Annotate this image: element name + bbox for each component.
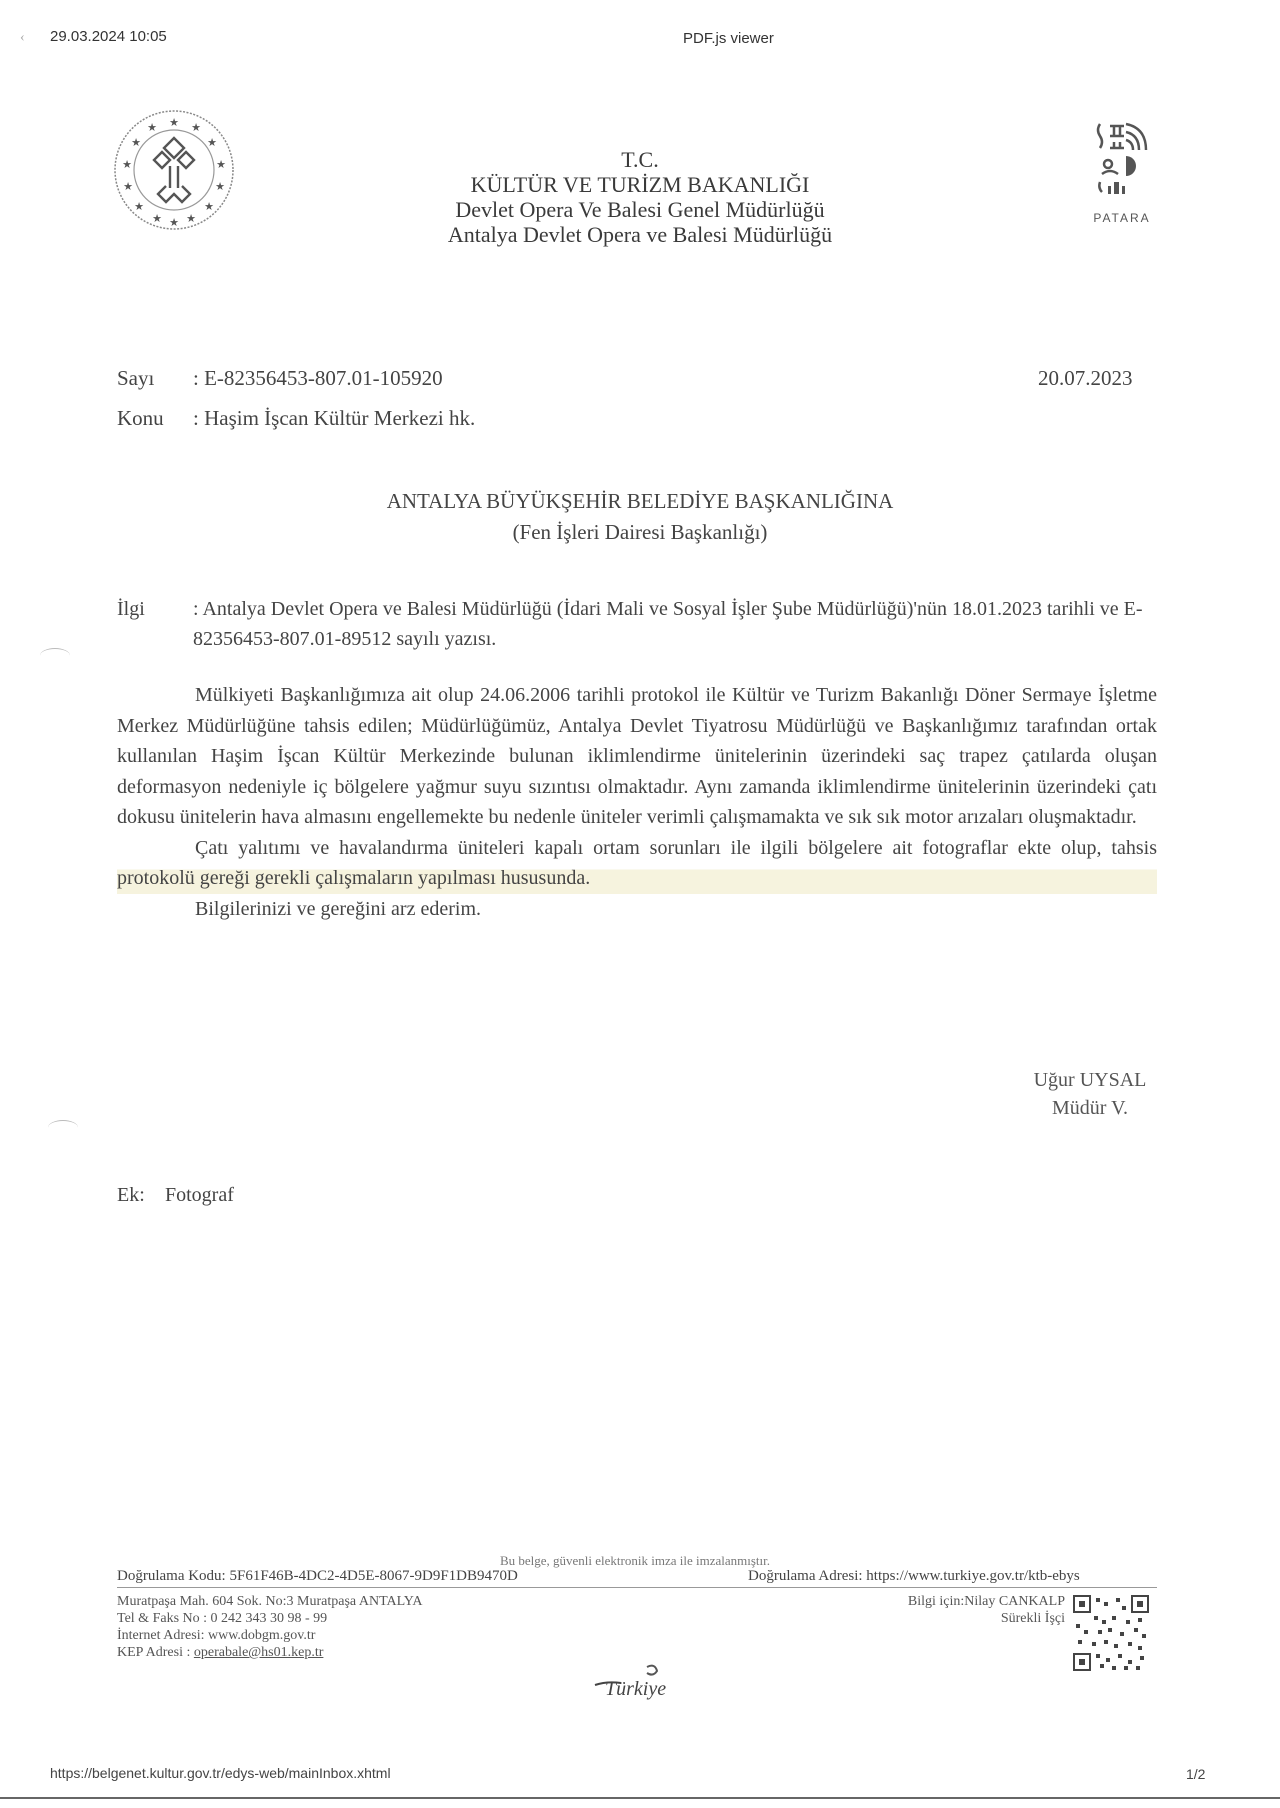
letterhead-directorate: Antalya Devlet Opera ve Balesi Müdürlüğü xyxy=(380,222,900,247)
postal-address: Muratpaşa Mah. 604 Sok. No:3 Muratpaşa A… xyxy=(117,1593,422,1610)
svg-text:Türkiye: Türkiye xyxy=(605,1678,666,1700)
document-date: 20.07.2023 xyxy=(1038,366,1133,391)
ministry-seal-icon: ★★★ ★★ ★★ ★★ ★★ ★★★ xyxy=(112,108,236,232)
svg-text:★: ★ xyxy=(123,180,133,193)
punch-mark xyxy=(40,648,70,663)
turkiye-logo-icon: Türkiye xyxy=(585,1663,685,1703)
verification-code: Doğrulama Kodu: 5F61F46B-4DC2-4D5E-8067-… xyxy=(117,1568,518,1585)
letter-body: Mülkiyeti Başkanlığımıza ait olup 24.06.… xyxy=(117,680,1157,924)
letterhead-tc: T.C. xyxy=(380,147,900,172)
info-contact-block: Bilgi için:Nilay CANKALP Sürekli İşçi xyxy=(800,1593,1065,1627)
recipient-name: ANTALYA BÜYÜKŞEHİR BELEDİYE BAŞKANLIĞINA xyxy=(300,486,980,517)
ilgi-label: İlgi xyxy=(117,594,193,624)
print-page-number: 1/2 xyxy=(1186,1766,1205,1782)
info-contact: Bilgi için:Nilay CANKALP xyxy=(800,1593,1065,1610)
print-url: https://belgenet.kultur.gov.tr/edys-web/… xyxy=(50,1765,391,1781)
kep-address: KEP Adresi : operabale@hs01.kep.tr xyxy=(117,1644,422,1661)
svg-text:★: ★ xyxy=(134,200,144,213)
internet-address: İnternet Adresi: www.dobgm.gov.tr xyxy=(117,1627,422,1644)
document-subject: Konu: Haşim İşcan Kültür Merkezi hk. xyxy=(117,406,475,431)
sayi-label: Sayı xyxy=(117,366,193,391)
sayi-value: : E-82356453-807.01-105920 xyxy=(193,366,443,390)
info-role: Sürekli İşçi xyxy=(800,1610,1065,1627)
verification-address[interactable]: Doğrulama Adresi: https://www.turkiye.go… xyxy=(748,1568,1080,1585)
internet-label: İnternet Adresi: xyxy=(117,1628,208,1643)
qr-code-icon xyxy=(1072,1594,1150,1672)
svg-text:★: ★ xyxy=(191,121,201,134)
letterhead-directorate-general: Devlet Opera Ve Balesi Genel Müdürlüğü xyxy=(380,197,900,222)
phone-fax: Tel & Faks No : 0 242 343 30 98 - 99 xyxy=(117,1610,422,1627)
svg-text:★: ★ xyxy=(152,212,162,225)
svg-text:★: ★ xyxy=(169,116,179,129)
e-signature-note: Bu belge, güvenli elektronik imza ile im… xyxy=(435,1553,835,1569)
reference: İlgi: Antalya Devlet Opera ve Balesi Müd… xyxy=(117,594,1177,654)
letterhead: T.C. KÜLTÜR VE TURİZM BAKANLIĞI Devlet O… xyxy=(380,147,900,247)
svg-text:★: ★ xyxy=(204,200,214,213)
body-paragraph-2: Çatı yalıtımı ve havalandırma üniteleri … xyxy=(117,833,1157,894)
konu-label: Konu xyxy=(117,406,193,431)
svg-text:★: ★ xyxy=(216,158,226,171)
ilgi-text: : Antalya Devlet Opera ve Balesi Müdürlü… xyxy=(193,594,1153,654)
svg-text:★: ★ xyxy=(147,121,157,134)
svg-text:★: ★ xyxy=(122,158,132,171)
margin-mark: ‹ xyxy=(20,30,25,46)
svg-text:★: ★ xyxy=(186,212,196,225)
punch-mark xyxy=(48,1120,78,1135)
document-number: Sayı: E-82356453-807.01-105920 xyxy=(117,366,443,391)
recipient: ANTALYA BÜYÜKŞEHİR BELEDİYE BAŞKANLIĞINA… xyxy=(300,486,980,548)
svg-text:★: ★ xyxy=(169,216,179,229)
signer-title: Müdür V. xyxy=(1000,1094,1180,1122)
svg-text:★: ★ xyxy=(131,136,141,149)
letterhead-ministry: KÜLTÜR VE TURİZM BAKANLIĞI xyxy=(380,172,900,197)
page-bottom-edge xyxy=(0,1797,1280,1799)
signature-block: Uğur UYSAL Müdür V. xyxy=(1000,1066,1180,1122)
recipient-department: (Fen İşleri Dairesi Başkanlığı) xyxy=(300,517,980,548)
attachment-label: Ek: xyxy=(117,1184,165,1207)
print-datetime: 29.03.2024 10:05 xyxy=(50,28,167,45)
patara-logo-icon: PATARA xyxy=(1084,118,1160,228)
attachment: Ek:Fotograf xyxy=(117,1184,234,1207)
kep-label: KEP Adresi : xyxy=(117,1645,194,1660)
footer-divider xyxy=(117,1587,1157,1588)
signer-name: Uğur UYSAL xyxy=(1000,1066,1180,1094)
kep-link[interactable]: operabale@hs01.kep.tr xyxy=(194,1645,324,1660)
patara-logo-label: PATARA xyxy=(1084,211,1160,225)
body-paragraph-1: Mülkiyeti Başkanlığımıza ait olup 24.06.… xyxy=(117,680,1157,833)
svg-text:★: ★ xyxy=(207,136,217,149)
body-paragraph-3: Bilgilerinizi ve gereğini arz ederim. xyxy=(117,894,1157,925)
print-title: PDF.js viewer xyxy=(683,30,774,47)
contact-address-block: Muratpaşa Mah. 604 Sok. No:3 Muratpaşa A… xyxy=(117,1593,422,1661)
internet-link[interactable]: www.dobgm.gov.tr xyxy=(208,1628,315,1643)
attachment-value: Fotograf xyxy=(165,1184,234,1206)
svg-text:★: ★ xyxy=(215,180,225,193)
konu-value: : Haşim İşcan Kültür Merkezi hk. xyxy=(193,406,475,430)
